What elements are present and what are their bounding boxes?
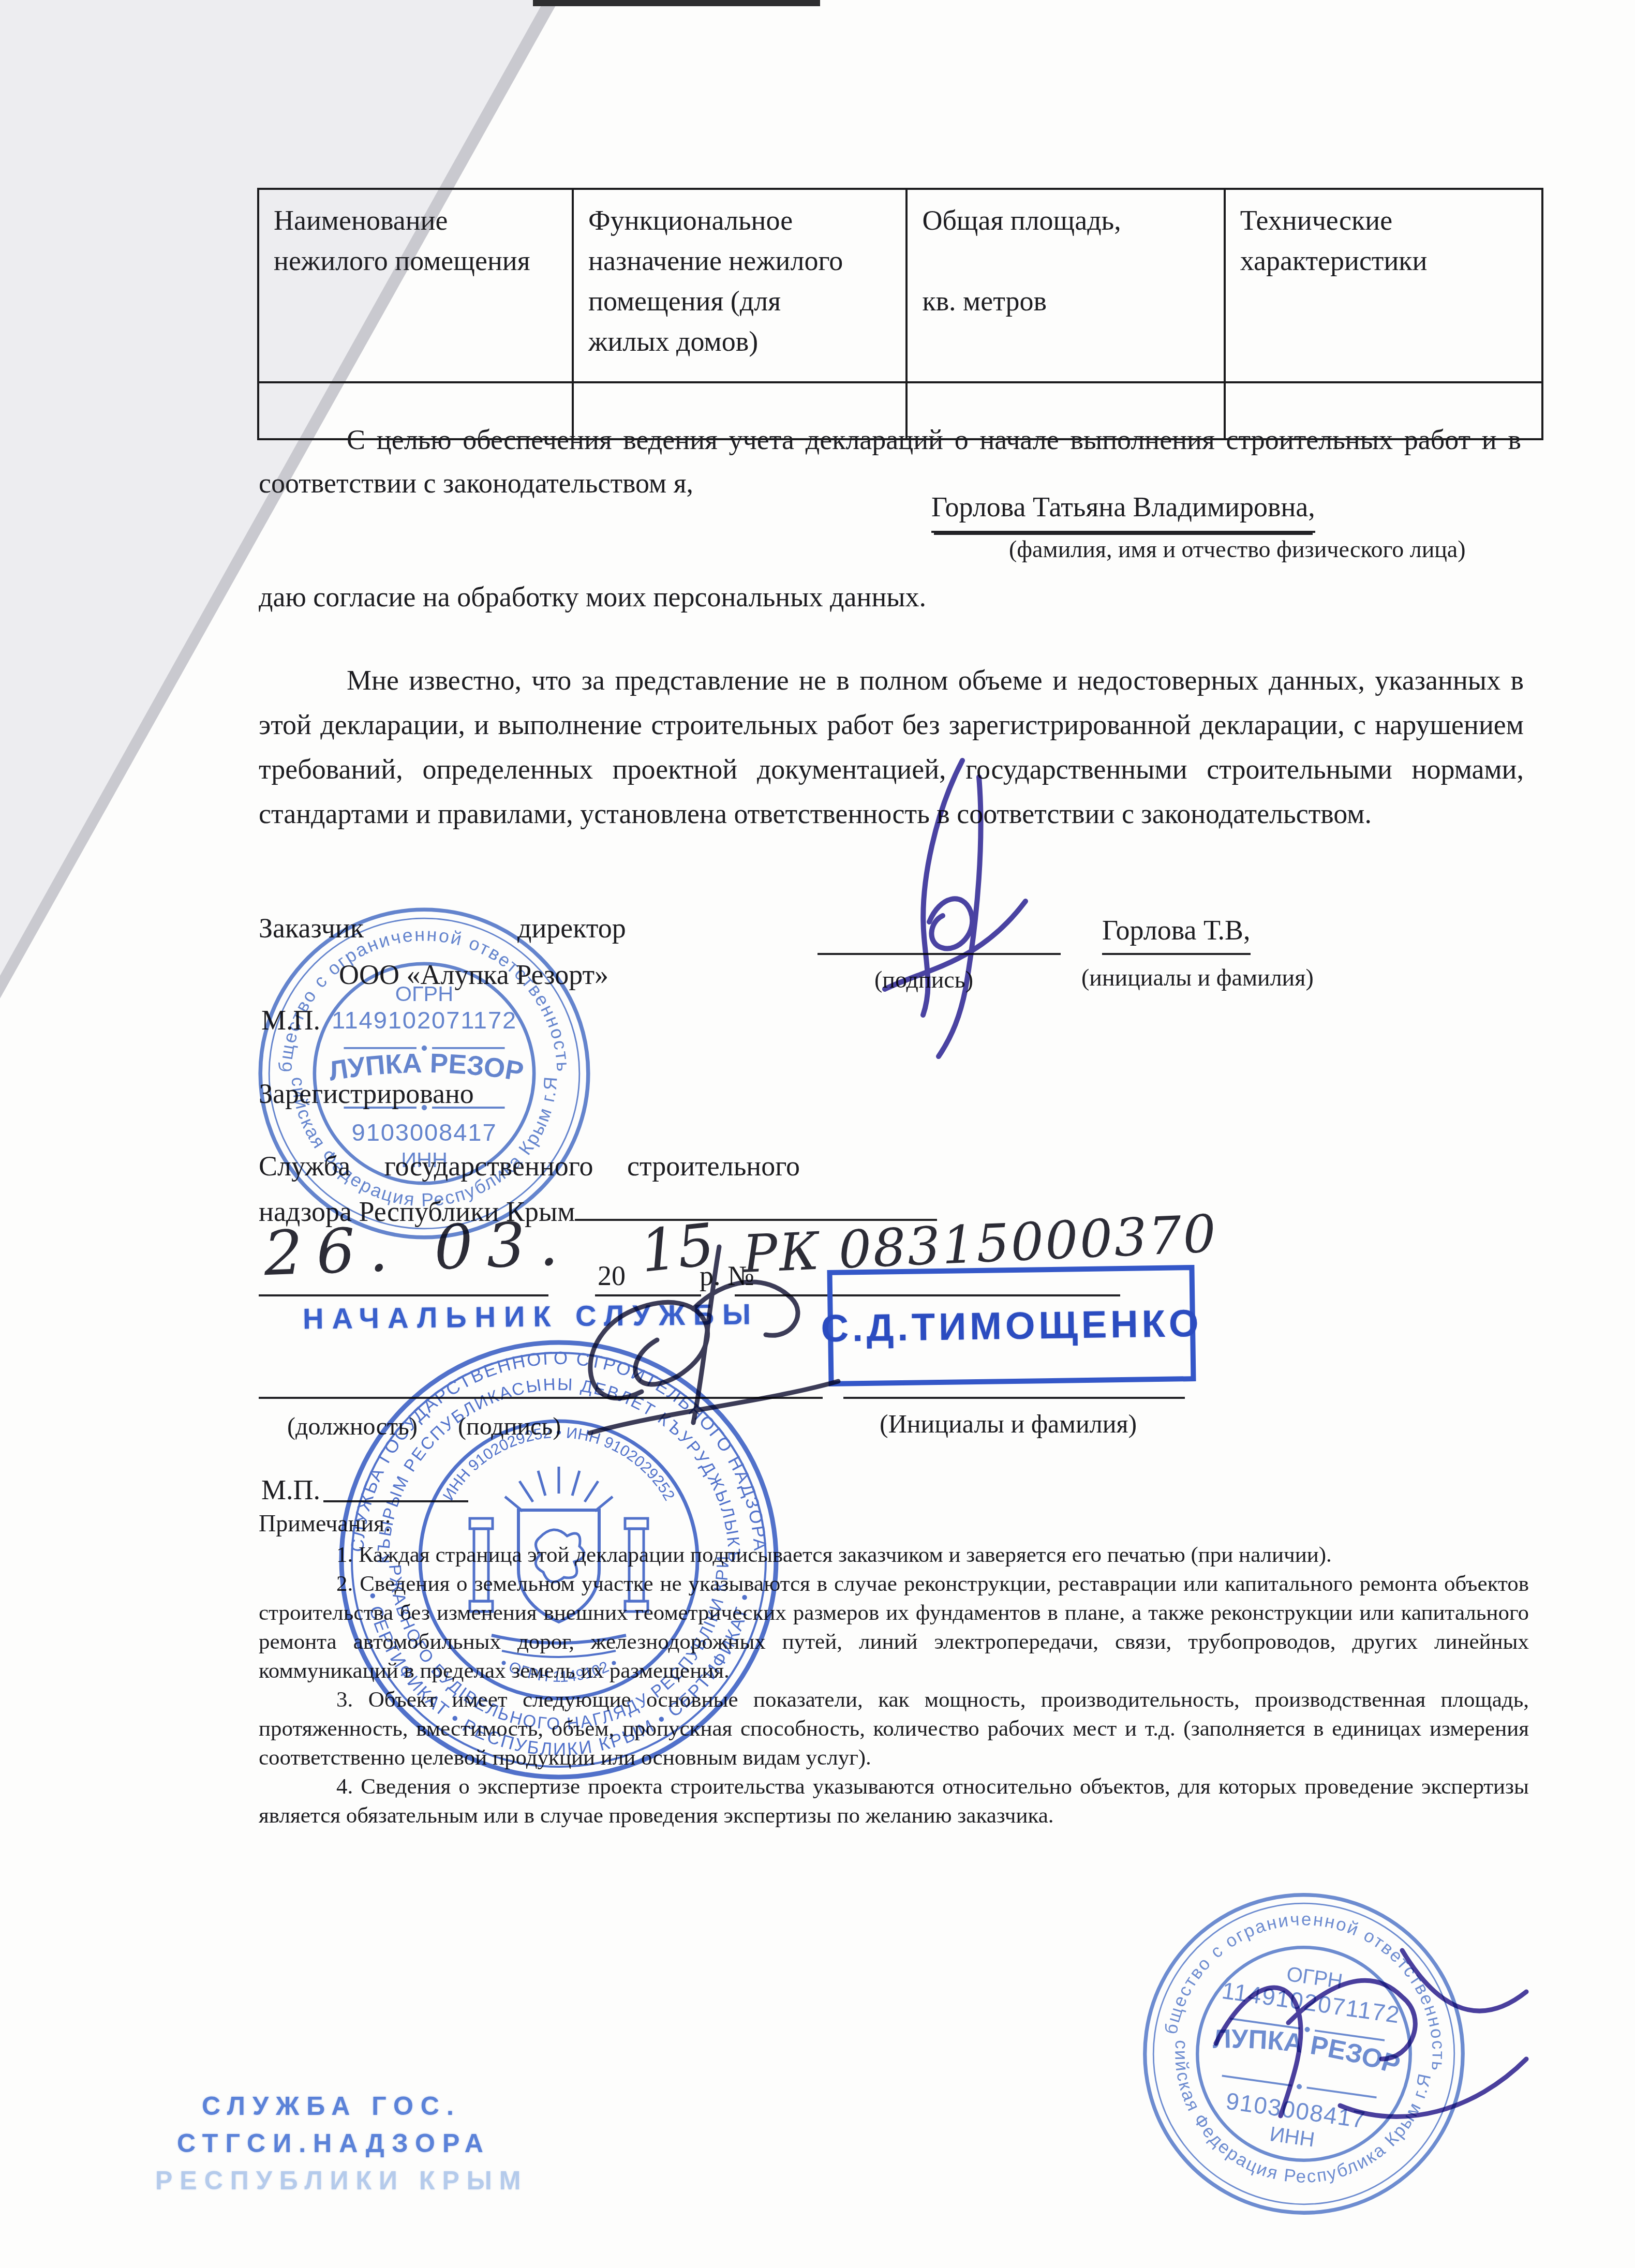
- corner-text-stamp: СЛУЖБА ГОС. СТГСИ.НАДЗОРА РЕСПУБЛИКИ КРЫ…: [155, 2087, 528, 2199]
- consent-paragraph: С целью обеспечения ведения учета деклар…: [259, 418, 1521, 505]
- initials-line: [843, 1397, 1185, 1399]
- emblem-griffin-shield-icon: [518, 1510, 599, 1622]
- corner-stamp-line2: СТГСИ.НАДЗОРА: [155, 2125, 528, 2162]
- stamp-ogrn-label: ОГРН: [395, 981, 453, 1006]
- emblem-scroll-icon: [492, 1635, 626, 1643]
- stamp-inn-number: 9103008417: [352, 1118, 497, 1146]
- official-name-stamp: С.Д.ТИМОЩЕНКО: [827, 1265, 1196, 1386]
- person-name-hint: (фамилия, имя и отчество физического лиц…: [1009, 535, 1466, 564]
- col-header-functional-purpose: Функциональное назначение нежилого помещ…: [573, 189, 906, 382]
- corner-stamp-line3: РЕСПУБЛИКИ КРЫМ: [155, 2162, 528, 2199]
- stamp-inn-label: ИНН: [401, 1147, 448, 1172]
- emblem-sun-icon: [505, 1467, 613, 1511]
- scan-top-shadow: [533, 0, 820, 6]
- customer-initials: Горлова Т.В,: [1102, 908, 1251, 955]
- seal-place-mark-2: М.П.: [261, 1468, 320, 1512]
- service-stamp-ring3-bottom: • ОГРН 1149102 •: [497, 1654, 620, 1685]
- consent-conclusion: даю согласие на обработку моих персональ…: [259, 575, 926, 619]
- official-signature: [548, 1205, 869, 1456]
- col-header-tech-characteristics: Технические характеристики: [1225, 189, 1542, 382]
- svg-text:«АЛУПКА РЕЗОРТ»: «АЛУПКА РЕЗОРТ»: [326, 1048, 525, 1087]
- date-underline: [259, 1294, 548, 1296]
- corner-stamp-line1: СЛУЖБА ГОС.: [155, 2087, 528, 2125]
- alupka-resort-round-stamp: Общество с ограниченной ответственностью…: [254, 903, 595, 1244]
- col-header-premise-name: Наименование нежилого помещения: [258, 189, 573, 382]
- stamp-overlay-signature: [1185, 1888, 1557, 2160]
- emblem-column-right-icon: [625, 1518, 648, 1612]
- svg-text:• ОГРН 1149102 •: • ОГРН 1149102 •: [497, 1654, 620, 1685]
- customer-signature: [807, 745, 1097, 1079]
- scan-corner-background: [0, 0, 569, 1014]
- scanned-declaration-page: Наименование нежилого помещения Функцион…: [0, 0, 1635, 2268]
- premises-table: Наименование нежилого помещения Функцион…: [257, 188, 1543, 440]
- stamp-ogrn-number: 1149102071172: [332, 1006, 517, 1034]
- emblem-column-left-icon: [470, 1518, 493, 1612]
- col-header-total-area: Общая площадь, кв. метров: [906, 189, 1224, 382]
- stamp-company-name: «АЛУПКА РЕЗОРТ»: [326, 1048, 525, 1087]
- initials-hint-2: (Инициалы и фамилия): [880, 1409, 1137, 1438]
- person-name: Горлова Татьяна Владимировна,: [931, 485, 1315, 533]
- customer-initials-hint: (инициалы и фамилия): [1081, 963, 1314, 992]
- table-header-row: Наименование нежилого помещения Функцион…: [258, 189, 1542, 382]
